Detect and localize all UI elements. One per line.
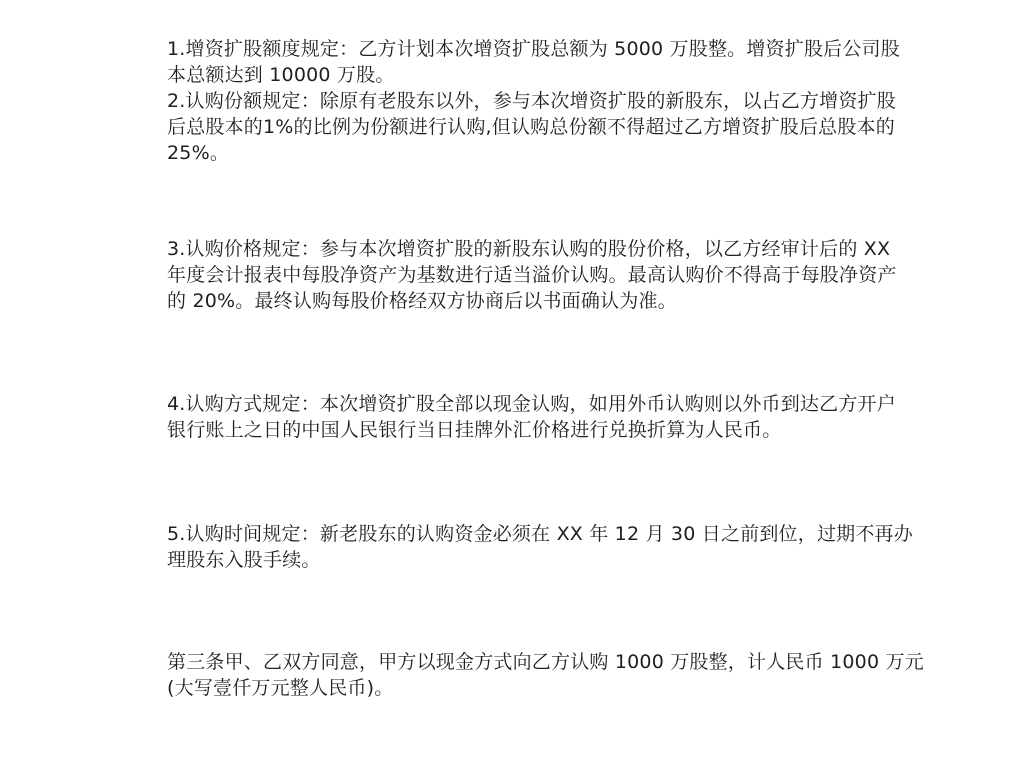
text-line: 理股东入股手续。 bbox=[167, 547, 879, 573]
text-line: 银行账上之日的中国人民银行当日挂牌外汇价格进行兑换折算为人民币。 bbox=[167, 417, 879, 443]
paragraph-article-3: 第三条甲、乙双方同意，甲方以现金方式向乙方认购 1000 万股整，计人民币 10… bbox=[167, 649, 879, 701]
text-line: 的 20%。最终认购每股价格经双方协商后以书面确认为准。 bbox=[167, 288, 879, 314]
text-line: 第三条甲、乙双方同意，甲方以现金方式向乙方认购 1000 万股整，计人民币 10… bbox=[167, 649, 879, 675]
text-line: (大写壹仟万元整人民币)。 bbox=[167, 675, 879, 701]
text-line: 本总额达到 10000 万股。 bbox=[167, 62, 879, 88]
paragraph-clause-1-quota: 1.增资扩股额度规定：乙方计划本次增资扩股总额为 5000 万股整。增资扩股后公… bbox=[167, 36, 879, 88]
paragraph-clause-5-time: 5.认购时间规定：新老股东的认购资金必须在 XX 年 12 月 30 日之前到位… bbox=[167, 521, 879, 573]
text-line: 后总股本的1%的比例为份额进行认购,但认购总份额不得超过乙方增资扩股后总股本的 bbox=[167, 114, 879, 140]
text-line: 5.认购时间规定：新老股东的认购资金必须在 XX 年 12 月 30 日之前到位… bbox=[167, 521, 879, 547]
text-line: 年度会计报表中每股净资产为基数进行适当溢价认购。最高认购价不得高于每股净资产 bbox=[167, 262, 879, 288]
paragraph-clause-4-method: 4.认购方式规定：本次增资扩股全部以现金认购，如用外币认购则以外币到达乙方开户银… bbox=[167, 391, 879, 443]
text-line: 25%。 bbox=[167, 140, 879, 166]
contract-text-block: 1.增资扩股额度规定：乙方计划本次增资扩股总额为 5000 万股整。增资扩股后公… bbox=[167, 0, 879, 768]
paragraph-clause-2-share: 2.认购份额规定：除原有老股东以外，参与本次增资扩股的新股东，以占乙方增资扩股后… bbox=[167, 88, 879, 166]
text-line: 4.认购方式规定：本次增资扩股全部以现金认购，如用外币认购则以外币到达乙方开户 bbox=[167, 391, 879, 417]
paragraph-clause-3-price: 3.认购价格规定：参与本次增资扩股的新股东认购的股份价格，以乙方经审计后的 XX… bbox=[167, 236, 879, 314]
text-line: 3.认购价格规定：参与本次增资扩股的新股东认购的股份价格，以乙方经审计后的 XX bbox=[167, 236, 879, 262]
text-line: 2.认购份额规定：除原有老股东以外，参与本次增资扩股的新股东，以占乙方增资扩股 bbox=[167, 88, 879, 114]
text-line: 1.增资扩股额度规定：乙方计划本次增资扩股总额为 5000 万股整。增资扩股后公… bbox=[167, 36, 879, 62]
document-page: 1.增资扩股额度规定：乙方计划本次增资扩股总额为 5000 万股整。增资扩股后公… bbox=[0, 0, 1024, 768]
